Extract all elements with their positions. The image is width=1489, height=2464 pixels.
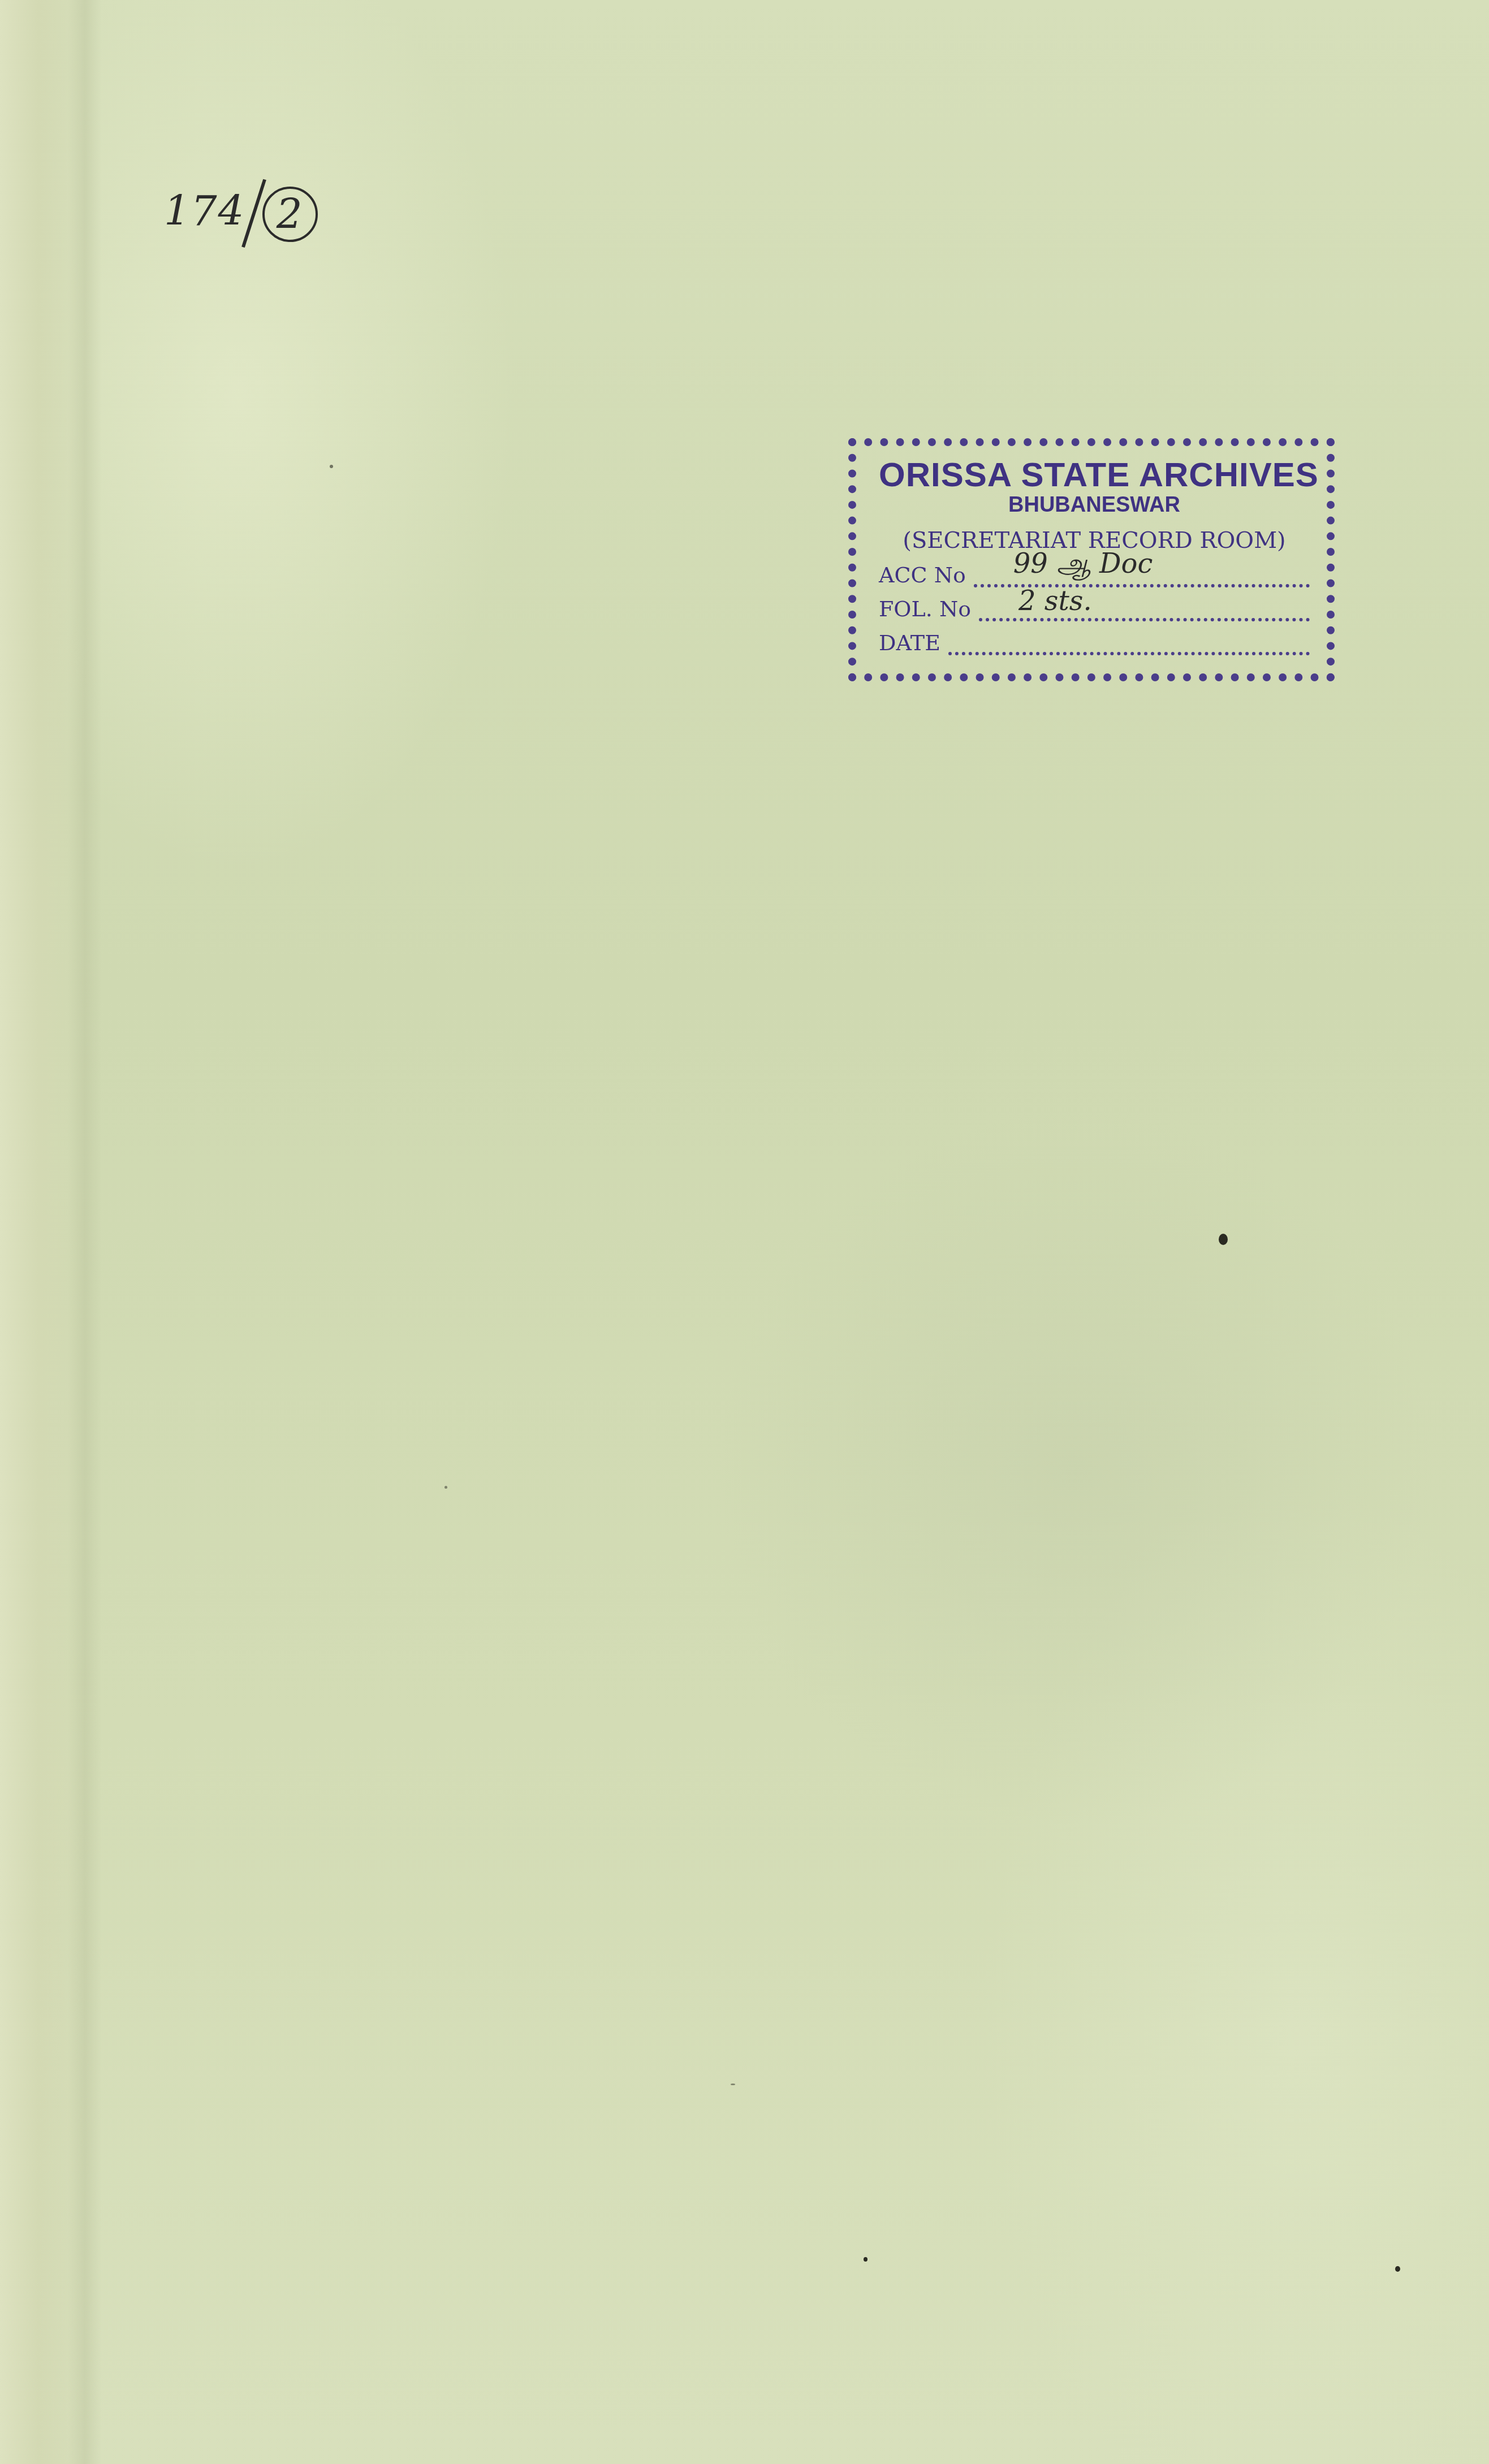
stamp-title: ORISSA STATE ARCHIVES: [879, 455, 1310, 494]
paper-speck: [731, 2083, 735, 2085]
fol-no-value: 2 sts.: [1018, 585, 1092, 617]
stamp-field-acc-no: ACC No 99 ஆ Doc: [879, 561, 1310, 587]
handwritten-file-number: 174/2: [164, 187, 318, 242]
document-page: 174/2 ORISSA STATE ARCHIVES BHUBANESWAR …: [0, 0, 1489, 2464]
fol-no-label: FOL. No: [879, 596, 971, 621]
date-label: DATE: [879, 630, 940, 655]
file-number: 174: [164, 187, 245, 235]
paper-speck: [1395, 2266, 1400, 2272]
paper-blemish: [1219, 1234, 1228, 1245]
archives-stamp: ORISSA STATE ARCHIVES BHUBANESWAR (SECRE…: [848, 438, 1335, 681]
acc-no-value: 99 ஆ Doc: [1013, 548, 1153, 583]
acc-no-label: ACC No: [879, 563, 966, 587]
stamp-field-date: DATE: [879, 629, 1310, 655]
paper-speck: [864, 2257, 867, 2262]
acc-no-line: 99 ஆ Doc: [974, 561, 1310, 587]
paper-speck: [444, 1486, 447, 1489]
stamp-field-fol-no: FOL. No 2 sts.: [879, 595, 1310, 621]
paper-fold: [68, 0, 102, 2464]
paper-speck: [330, 465, 333, 468]
circled-volume-number: 2: [262, 187, 318, 242]
fol-no-line: 2 sts.: [979, 595, 1310, 621]
stamp-city: BHUBANESWAR: [879, 493, 1310, 517]
date-line: [948, 629, 1310, 655]
